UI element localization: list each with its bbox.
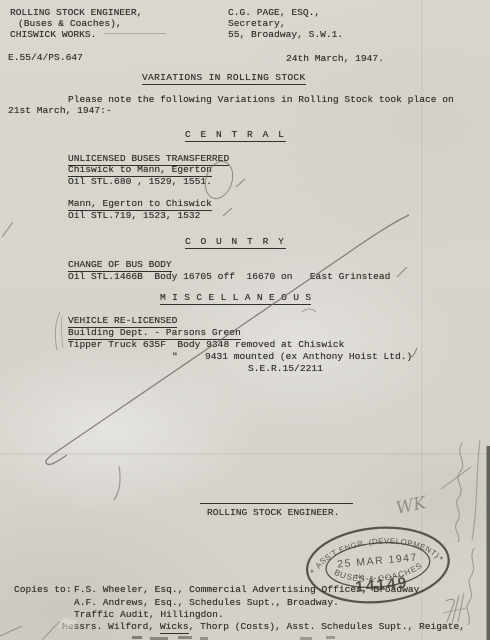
pencil-hook-mark	[114, 466, 120, 500]
stamp-star-left: *	[310, 568, 315, 578]
pencil-tick-2	[223, 208, 232, 216]
central-subheading-1: UNLICENSED BUSES TRANSFERRED	[68, 153, 229, 164]
handwritten-figure-3	[458, 593, 464, 622]
misc-line-2: 9431 mounted (ex Anthony Hoist Ltd.)	[205, 351, 412, 362]
handwritten-scrawl-2	[472, 440, 480, 540]
sender-line-1: ROLLING STOCK ENGINEER,	[10, 7, 142, 18]
intro-line-1: Please note the following Variations in …	[68, 94, 454, 105]
clipped-bottom-line	[132, 636, 335, 640]
document-page: { "page": { "sender": { "line1": "ROLLIN…	[0, 0, 490, 640]
handwritten-scrawl-3	[467, 548, 474, 625]
sender-line-2: (Buses & Coaches),	[18, 18, 122, 29]
country-detail: Oil STL.1466B Body 16705 off 16670 on Ea…	[68, 271, 390, 282]
copies-line-2: A.F. Andrews, Esq., Schedules Supt., Bro…	[74, 597, 339, 608]
sender-line-3: CHISWICK WORKS.	[10, 29, 96, 40]
stamp-number: 14149	[354, 574, 408, 596]
section-heading-country: C O U N T R Y	[185, 236, 286, 247]
stamp-star-right: *	[439, 554, 444, 564]
stamp-date: 25 MAR 1947	[337, 552, 418, 571]
pencil-tick-1	[236, 179, 245, 187]
copies-line-4: Messrs. Wilford, Wicks, Thorp (Costs), A…	[62, 621, 465, 632]
pencil-margin-stroke-2	[61, 316, 63, 348]
misc-subheading: VEHICLE RE-LICENSED	[68, 315, 177, 326]
pencil-corner-stroke	[0, 626, 22, 636]
intro-line-2: 21st March, 1947:-	[8, 105, 112, 116]
date-stamp-graphic: ASS'T ENGR. (DEVELOPMENT) BUSES & COACHE…	[300, 517, 457, 616]
eraser-smudge	[56, 616, 80, 632]
reference-number: E.55/4/PS.647	[8, 52, 83, 63]
document-title: VARIATIONS IN ROLLING STOCK	[142, 72, 306, 83]
recipient-line-2: Secretary,	[228, 18, 286, 29]
pencil-margin-stroke-1	[55, 312, 60, 350]
ink-rule	[104, 33, 166, 34]
central-transfer-1-vehicles: Oil STL.680 , 1529, 1551.	[68, 176, 212, 187]
letter-date: 24th March, 1947.	[286, 53, 384, 64]
section-heading-miscellaneous: M I S C E L L A N E O U S	[160, 292, 311, 303]
misc-line-1: Tipper Truck 635F Body 9348 removed at C…	[68, 339, 344, 350]
pencil-small-arc	[302, 309, 316, 312]
recipient-line-3: 55, Broadway, S.W.1.	[228, 29, 343, 40]
misc-department: Building Dept. - Parsons Green	[68, 327, 241, 338]
signature-rule	[200, 503, 353, 504]
recipient-line-1: C.G. PAGE, ESQ.,	[228, 7, 320, 18]
central-transfer-2-route: Mann, Egerton to Chiswick	[68, 198, 212, 209]
scan-edge-bar	[487, 446, 490, 640]
section-heading-central: C E N T R A L	[185, 129, 286, 140]
ditto-mark: "	[172, 351, 178, 362]
country-subheading: CHANGE OF BUS BODY	[68, 259, 172, 270]
misc-line-3: S.E.R.15/2211	[248, 363, 323, 374]
date-stamp: ASS'T ENGR. (DEVELOPMENT) BUSES & COACHE…	[300, 517, 457, 616]
copies-label: Copies to:	[14, 584, 72, 595]
horizontal-fold-crease	[0, 453, 490, 454]
copies-line-3: Traffic Audit, Hillingdon.	[74, 609, 224, 620]
central-transfer-1-route: Chiswick to Mann, Egerton	[68, 164, 212, 175]
pencil-tick-3	[397, 267, 407, 277]
signature-title: ROLLING STOCK ENGINEER.	[207, 507, 339, 518]
central-transfer-2-vehicles: Oil STL.719, 1523, 1532	[68, 210, 200, 221]
pencil-margin-tick	[2, 222, 13, 237]
handwritten-cross-stroke	[441, 467, 471, 489]
handwritten-scrawl-1	[456, 443, 463, 542]
handwritten-initials: WK	[394, 493, 428, 519]
handwritten-figure-bar	[443, 608, 466, 613]
